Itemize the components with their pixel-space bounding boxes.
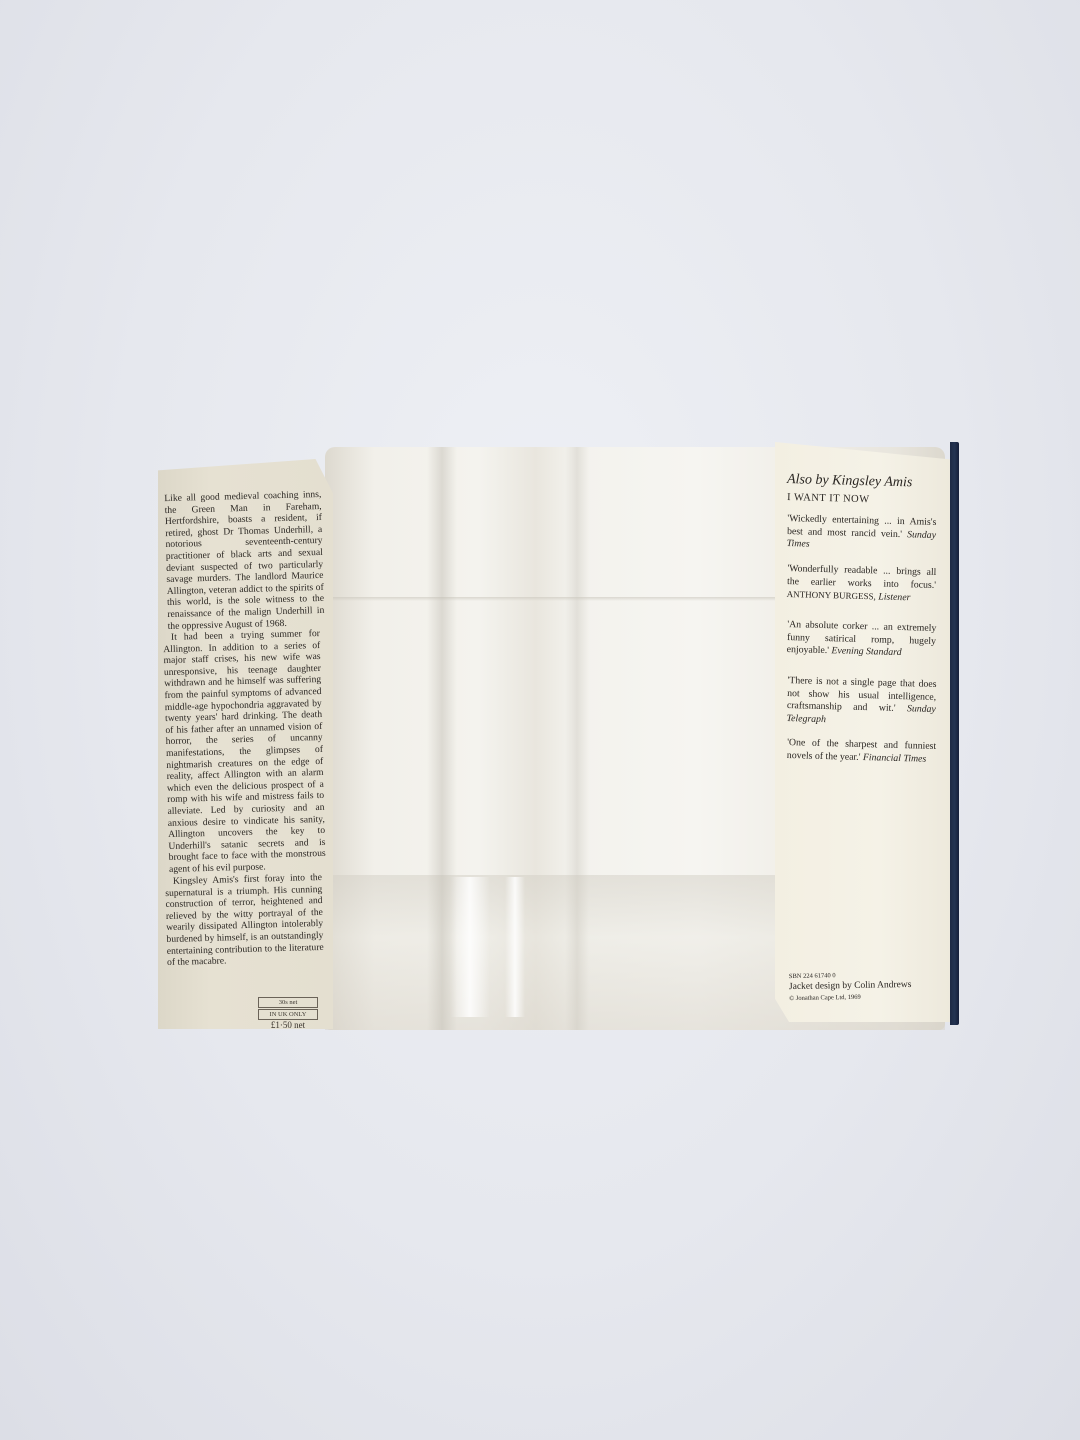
blurb-text: Like all good medieval coaching inns, th… [166, 491, 323, 966]
copyright: © Jonathan Cape Ltd, 1969 [789, 991, 912, 1004]
original-price: 30s net [258, 997, 318, 1008]
cover-edge [950, 442, 959, 1025]
spine-fold-left [427, 447, 457, 1030]
blurb-paragraph: It had been a trying summer for Allingto… [163, 628, 326, 875]
review-quote: 'There is not a single page that does no… [786, 675, 936, 729]
price-clip: 30s net IN UK ONLY £1·50 net [258, 997, 318, 1031]
front-flap: Like all good medieval coaching inns, th… [158, 459, 333, 1029]
new-price: £1·50 net [258, 1021, 318, 1030]
book-title: I WANT IT NOW [787, 492, 936, 507]
blurb-paragraph: Kingsley Amis's first foray into the sup… [165, 872, 324, 969]
blurb-paragraph: Like all good medieval coaching inns, th… [164, 489, 325, 632]
colophon: SBN 224 61740 0 Jacket design by Colin A… [789, 969, 912, 1004]
review-quote: 'An absolute corker ... an extremely fun… [787, 619, 937, 660]
review-quote: 'One of the sharpest and funniest novels… [787, 737, 937, 766]
dust-jacket: Like all good medieval coaching inns, th… [155, 447, 1005, 1027]
price-region: IN UK ONLY [258, 1009, 318, 1020]
glare [505, 877, 525, 1017]
back-flap: Also by Kingsley Amis I WANT IT NOW 'Wic… [775, 442, 950, 1022]
review-quote: 'Wonderfully readable ... brings all the… [787, 563, 937, 605]
also-by-heading: Also by Kingsley Amis [787, 472, 936, 492]
review-quote: 'Wickedly entertaining ... in Amis's bes… [787, 513, 937, 554]
spine-fold-right [565, 447, 589, 1030]
